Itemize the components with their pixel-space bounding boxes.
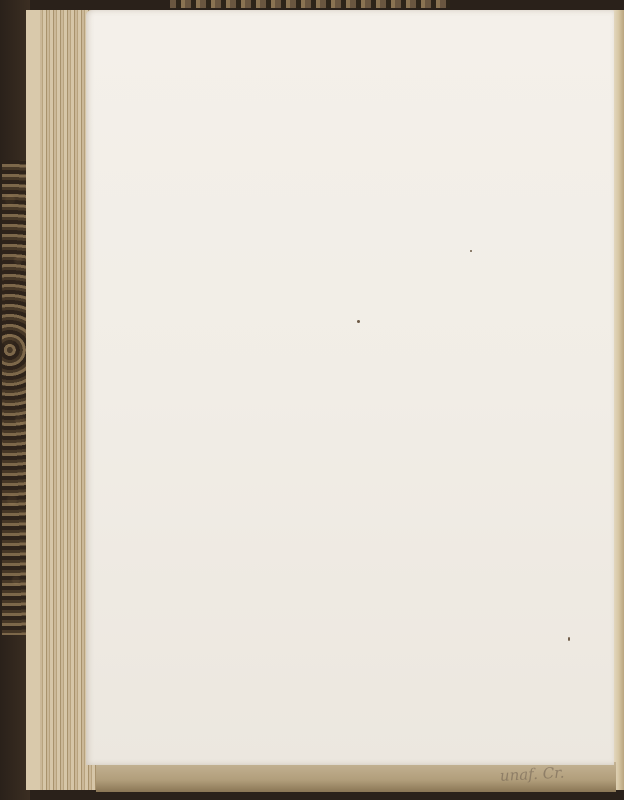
paper-speck	[470, 250, 472, 252]
paper-speck	[357, 320, 360, 323]
marbled-board	[2, 160, 28, 635]
marbled-board-top	[170, 0, 450, 8]
blank-page	[86, 10, 614, 765]
paper-speck	[568, 637, 570, 641]
page-fore-edge	[26, 10, 40, 790]
